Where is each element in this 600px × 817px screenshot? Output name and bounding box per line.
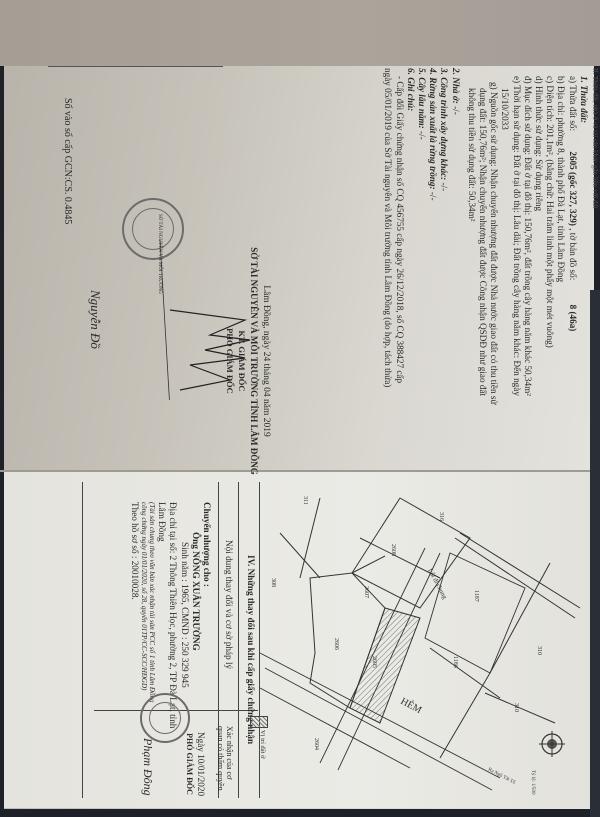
usage-term-date: 15/10/2033: [499, 88, 510, 404]
register-number: Số vào sổ cấp GCN:CS. 0.4845: [62, 98, 73, 224]
usage-purpose-line: đ) Mục đích sử dụng: Đất ở tại đô thị: 1…: [522, 76, 533, 404]
origin-line-2: dụng đất: 150,76m²; Nhận chuyển nhượng đ…: [477, 88, 488, 404]
parcel-2604: 2604: [313, 738, 319, 750]
road-end-label: Ra Ngô Tất Tố: [487, 767, 516, 786]
confirm-stamp: [140, 693, 190, 743]
usage-term-line: e) Thời hạn sử dụng: Đất ở tại đô thị: L…: [510, 76, 521, 404]
parcel-308: 308: [270, 578, 276, 587]
origin-line-3: không thu tiền sử dụng đất: 50,34m²: [466, 88, 477, 404]
file-number: Theo hồ sơ số : 20010028.: [129, 502, 140, 728]
parcel-316: 316: [438, 512, 444, 521]
item-house: 2. Nhà ở: -/-: [449, 68, 460, 404]
page-fold: [0, 470, 600, 472]
legend-label: Vị trí đất ở: [259, 730, 266, 759]
signer-name: Nguyễn Đồ: [87, 290, 103, 349]
road-label: HẺM: [399, 695, 424, 716]
stamp-text: SỞ TÀI NGUYÊN VÀ MÔI TRƯỜNG: [156, 214, 162, 294]
usage-form-line: d) Hình thức sử dụng: Sử dụng riêng: [533, 76, 544, 404]
item-forest: 4. Rừng sản xuất là rừng trồng: -/-: [427, 68, 438, 404]
transfer-to: Chuyển nhượng cho :: [201, 502, 212, 728]
land-heading: 1. Thửa đất:: [578, 76, 589, 404]
map-drawing: 2608 2607 2605 2606 2604 1187 1186 310 3…: [260, 478, 600, 808]
parcel-2608: 2608: [390, 544, 396, 556]
official-stamp: SỞ TÀI NGUYÊN VÀ MÔI TRƯỜNG: [122, 198, 184, 260]
parcel-map: 2608 2607 2605 2606 2604 1187 1186 310 3…: [260, 478, 600, 808]
confirm-block: Ngày 10/01/2020 PHÓ GIÁM ĐỐC: [184, 732, 206, 796]
notes-line-2: ngày 05/01/2019 của Sở Tài nguyên và Môi…: [382, 68, 393, 404]
parcel-310-b: 310: [513, 703, 519, 712]
origin-line: g) Nguồn gốc sử dụng: Nhận chuyển nhượng…: [488, 82, 499, 404]
confirm-signer: Phạm Đông: [140, 738, 155, 796]
parcel-2606: 2606: [333, 638, 339, 650]
area-line: c) Diện tích: 201,1m², (bằng chữ: Hai tr…: [544, 76, 555, 404]
transferee-name: Ông NÔNG XUÂN TRƯỜNG: [190, 532, 201, 728]
item-construction: 3. Công trình xây dựng khác: -/-: [438, 68, 449, 404]
parcel-number-line: a) Thửa đất số: 2605 (gốc 327, 329) , tờ…: [566, 76, 577, 404]
notes-line-1: - Cấp đổi Giấy chứng nhận số CQ 456755 c…: [393, 76, 404, 404]
legend-swatch: [250, 716, 268, 728]
parcel-1186: 1186: [452, 656, 458, 668]
item-perennial: 5. Cây lâu năm: -/-: [416, 68, 427, 404]
signature-scribble: [150, 240, 270, 400]
changes-col-2: Xác nhận của cơ quan có thẩm quyền: [216, 726, 234, 796]
notes-heading: 6. Ghi chú:: [405, 68, 416, 404]
confirm-date: Ngày 10/01/2020: [195, 732, 206, 796]
parcel-310-a: 310: [536, 646, 542, 655]
changes-col-1: Nội dung thay đổi và cơ sở pháp lý: [223, 540, 234, 669]
confirm-role: PHÓ GIÁM ĐỐC: [184, 732, 195, 796]
parcel-311: 311: [302, 496, 308, 505]
transfer-note-2: công chứng ngày 01/01/2020, số 28, quyển…: [140, 502, 148, 728]
background-surface: [0, 0, 600, 66]
scale-label: Tỷ lệ: 1/500: [530, 770, 535, 795]
parcel-2605: 2605: [371, 656, 377, 668]
page-edge-line: [48, 66, 223, 67]
address-line: b) Địa chỉ: phường 8, thành phố Đà Lạt, …: [555, 76, 566, 404]
land-info-block: II. Thửa đất, nhà ở và tài sản khác gắn …: [382, 68, 600, 404]
compass-icon: [539, 731, 565, 757]
section-header: II. Thửa đất, nhà ở và tài sản khác gắn …: [589, 68, 600, 404]
parcel-2607: 2607: [363, 586, 369, 598]
parcel-1187: 1187: [473, 590, 479, 602]
